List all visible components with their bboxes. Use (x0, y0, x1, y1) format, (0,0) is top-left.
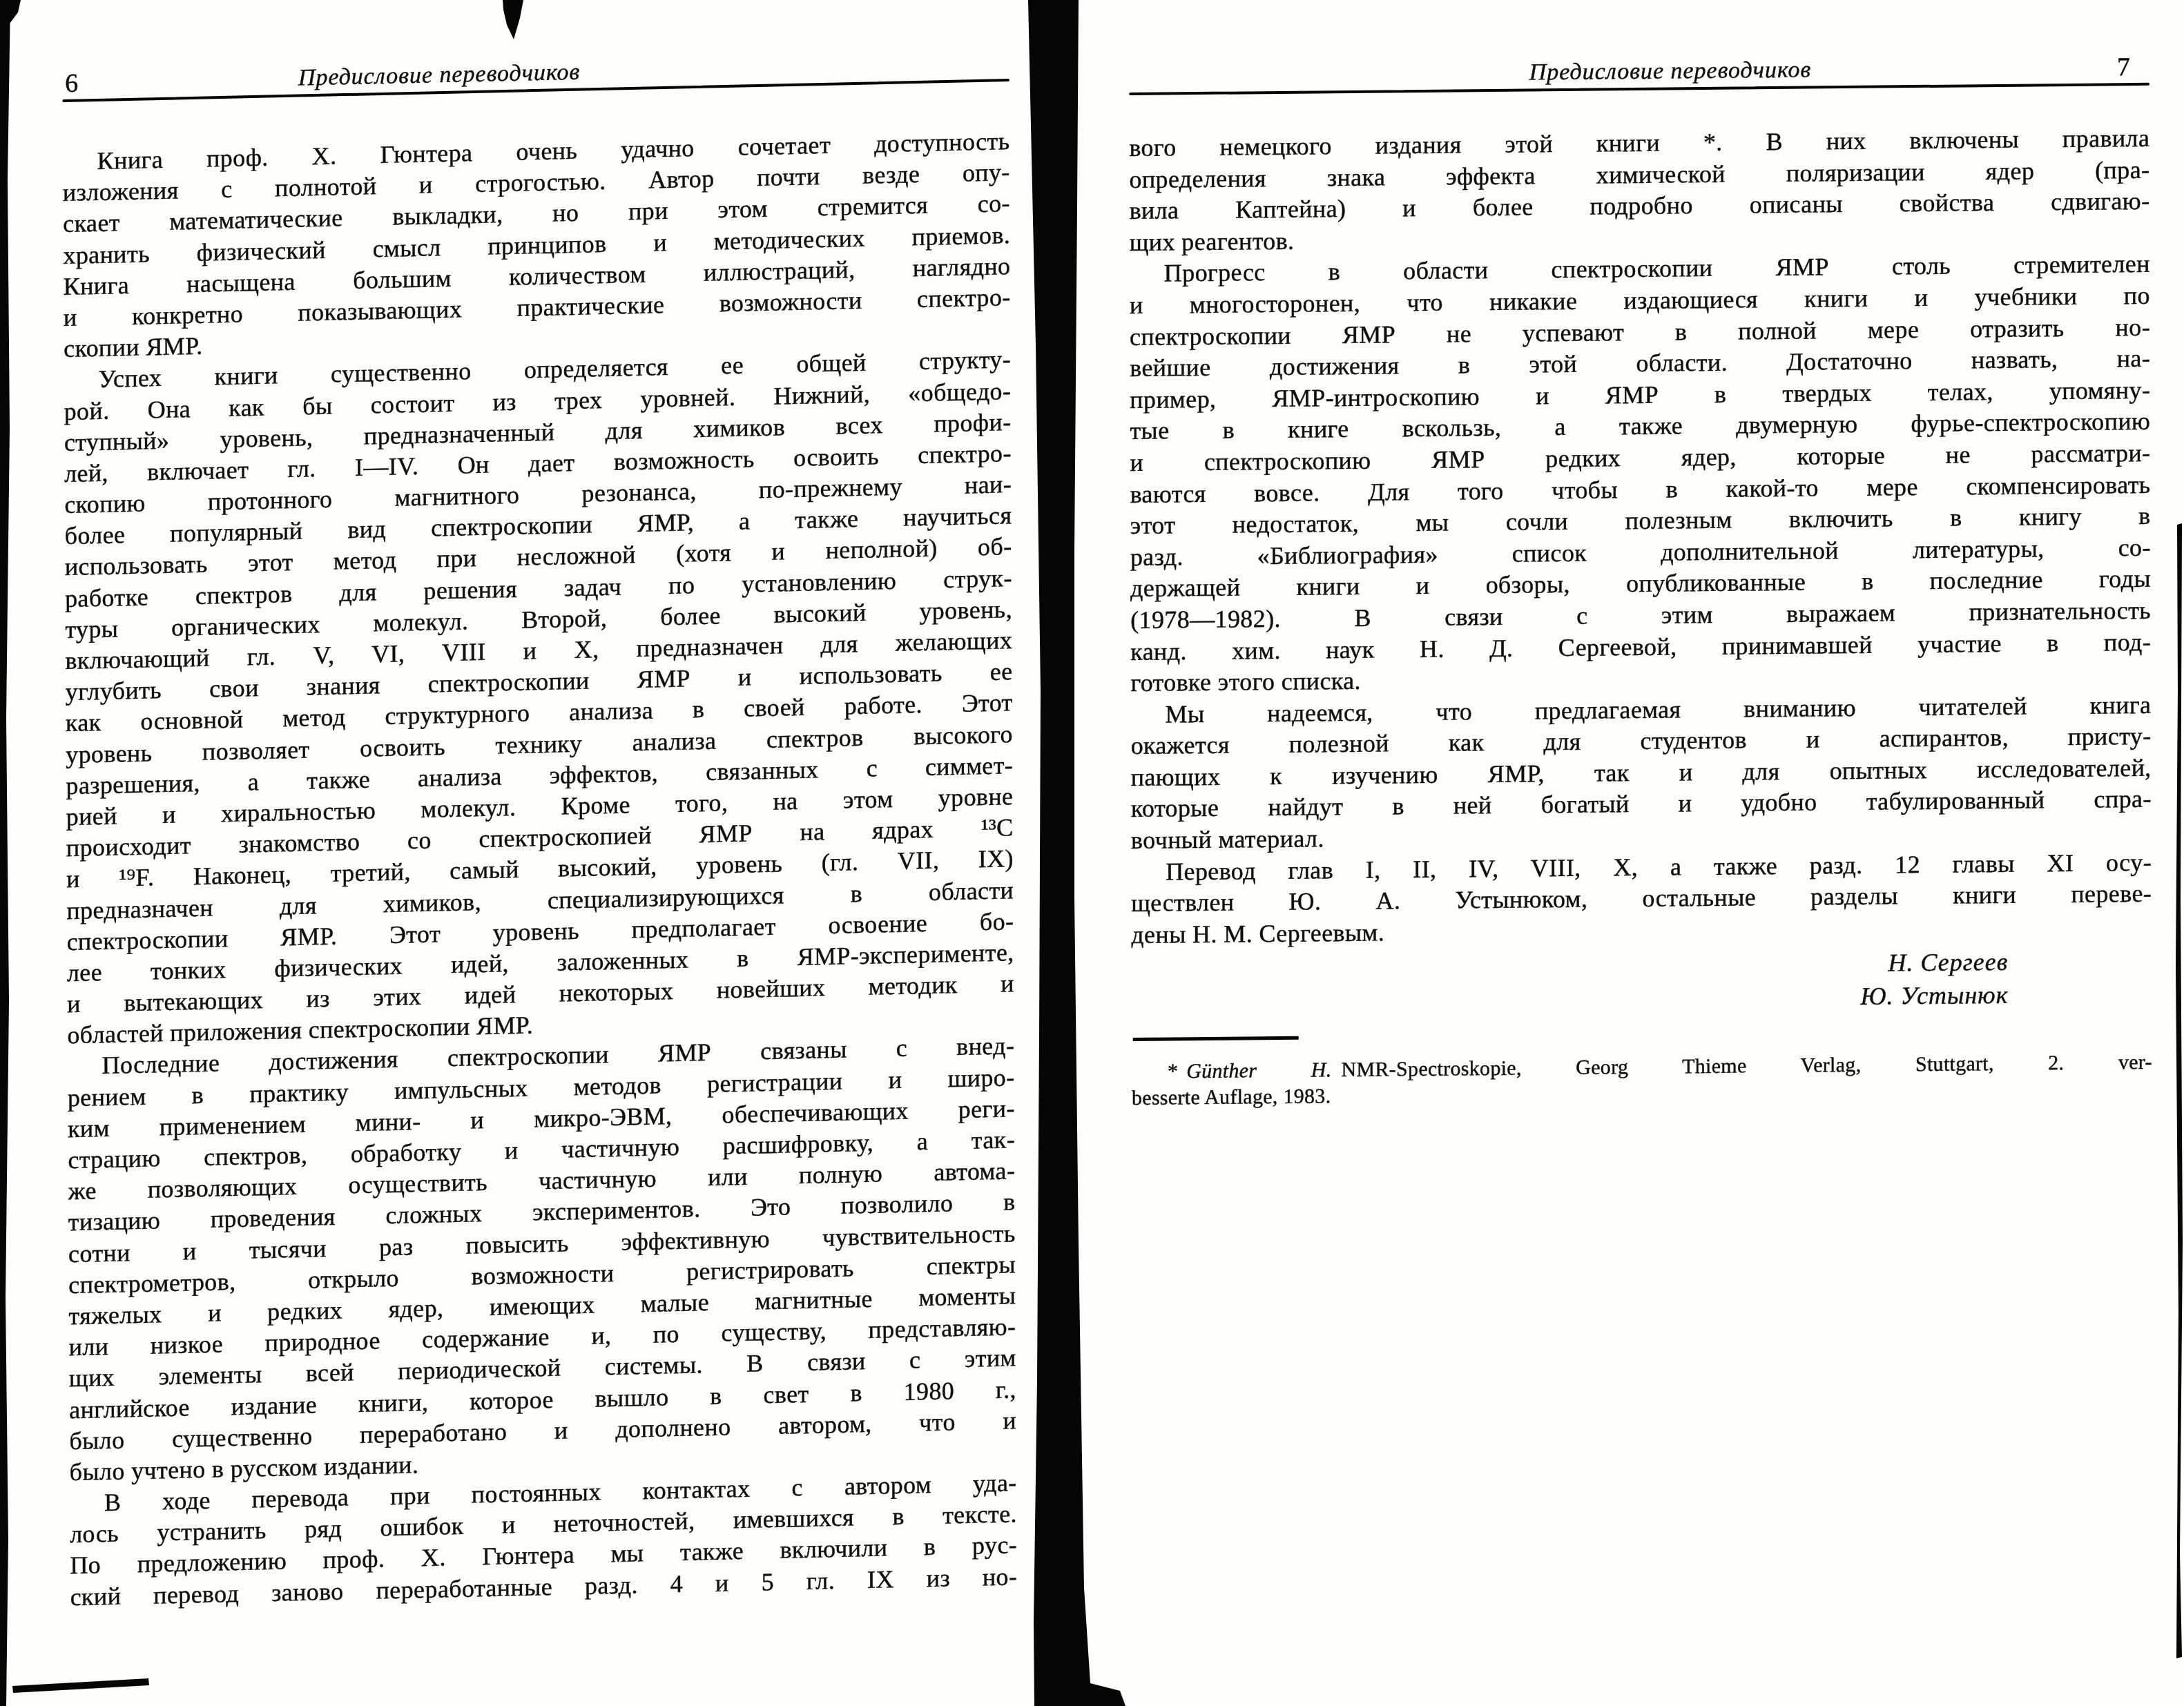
bottom-left-edge-mark (12, 1678, 149, 1693)
right-edge-mark (2176, 523, 2183, 1658)
left-edge-tear (0, 0, 10, 1706)
right-page-number: 7 (2117, 54, 2130, 80)
translator-signatures: Н. Сергеев Ю. Устынюк (1131, 944, 2152, 1020)
left-page: 6 Предисловие переводчиков Книга проф. Х… (62, 40, 1017, 1613)
right-page-body: вого немецкого издания этой книги *. В н… (1129, 123, 2152, 951)
footnote-author: Günther H. (1186, 1059, 1331, 1083)
center-gutter-shadow (1028, 0, 1125, 1706)
footnote-rule (1133, 1036, 1299, 1041)
left-page-body: Книга проф. Х. Гюнтера очень удачно соче… (63, 126, 1018, 1613)
footnote: *Günther H.NMR-Spectroskopie, Georg Thie… (1132, 1028, 2152, 1112)
top-left-corner-mark (0, 0, 21, 23)
left-running-title: Предисловие переводчиков (0, 53, 913, 97)
footnote-marker: * (1168, 1060, 1178, 1083)
right-page: Предисловие переводчиков 7 вого немецког… (1129, 44, 2152, 1112)
right-running-title: Предисловие переводчиков (1160, 55, 2181, 88)
top-edge-mark (503, 0, 523, 39)
book-scan-spread: 6 Предисловие переводчиков Книга проф. Х… (0, 0, 2184, 1706)
